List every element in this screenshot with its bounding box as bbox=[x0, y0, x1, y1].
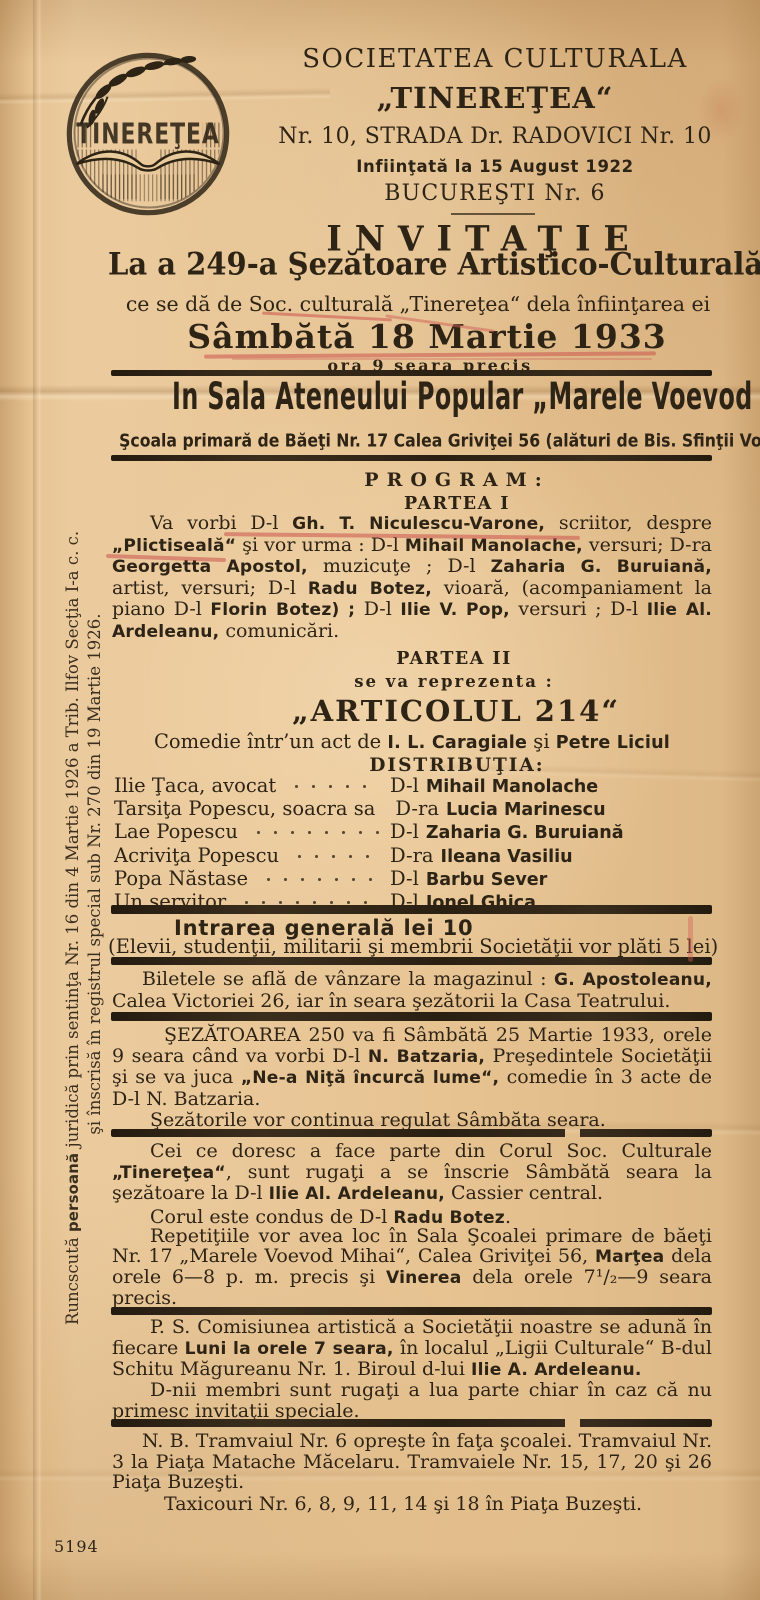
part1-paragraph: Va vorbi D-l Gh. T. Niculescu-Varone, sc… bbox=[112, 513, 712, 643]
printed-rule bbox=[111, 455, 712, 461]
cast-role: Lae Popescu bbox=[114, 821, 238, 843]
printed-rule bbox=[111, 1419, 712, 1427]
leader-dots bbox=[258, 868, 380, 891]
part1-heading: PARTEA I bbox=[157, 494, 757, 514]
cast-role: Ilie Ţaca, avocat bbox=[114, 775, 276, 797]
legal-line-1: Runcscută persoană juridică prin sentinţ… bbox=[62, 423, 84, 1325]
actor-name: Lucia Marinescu bbox=[446, 800, 606, 820]
paper-fold bbox=[33, 0, 42, 1600]
printed-rule bbox=[111, 957, 712, 965]
actor-name: Barbu Sever bbox=[426, 870, 547, 890]
cast-actor: D-lBarbu Sever bbox=[390, 868, 690, 891]
founded-line: Infiinţată la 15 August 1922 bbox=[252, 157, 738, 176]
legal-registration-sidebar: Runcscută persoană juridică prin sentinţ… bbox=[62, 423, 108, 1325]
actor-name: Zaharia G. Buruiană bbox=[426, 823, 624, 843]
nb-taxi-line: Taxicouri Nr. 6, 8, 9, 11, 14 şi 18 în P… bbox=[112, 1494, 712, 1515]
cast-actor: D-lZaharia G. Buruiană bbox=[390, 821, 690, 844]
cast-role: Acriviţa Popescu bbox=[114, 845, 279, 867]
invitation-leaflet: TINEREŢEA SOCIETATEA CULTURALA „TINEREŢE… bbox=[0, 0, 760, 1600]
next-event-paragraph: ŞEZĂTOAREA 250 va fi Sâmbătă 25 Martie 1… bbox=[112, 1025, 712, 1109]
cast-actor: D-raLucia Marinescu bbox=[395, 798, 690, 821]
cast-row: Acriviţa Popescu D-raIleana Vasiliu bbox=[114, 845, 690, 868]
cast-row: Tarsiţa Popescu, soacra sa D-raLucia Mar… bbox=[114, 798, 690, 821]
honorific: D-l bbox=[390, 867, 419, 890]
invitation-lead-line: ce se dă de Soc. culturală „Tinereţea“ d… bbox=[118, 292, 718, 316]
program-heading: PROGRAM: bbox=[157, 469, 757, 491]
printed-rule bbox=[111, 905, 712, 914]
play-title: „ARTICOLUL 214“ bbox=[156, 694, 756, 728]
cast-list: Ilie Ţaca, avocat D-lMihail Manolache Ta… bbox=[114, 775, 690, 914]
letterhead: SOCIETATEA CULTURALA „TINEREŢEA“ Nr. 10,… bbox=[252, 44, 738, 206]
honorific: D-l bbox=[390, 820, 419, 843]
printed-rule bbox=[111, 1012, 712, 1021]
serial-number: 5194 bbox=[54, 1537, 99, 1556]
venue-school-wrap: Şcoala primară de Băeţi Nr. 17 Calea Gri… bbox=[112, 431, 712, 450]
leader-dots bbox=[248, 821, 380, 844]
honorific: D-ra bbox=[390, 844, 434, 867]
header-divider bbox=[451, 213, 535, 215]
cast-actor: D-raIleana Vasiliu bbox=[390, 845, 690, 868]
society-seal-stamp: TINEREŢEA bbox=[60, 46, 236, 222]
venue-hall-wrap: In Sala Ateneului Popular „Marele Voevod… bbox=[112, 380, 712, 428]
admission-note: (Elevii, studenţii, militarii şi membrii… bbox=[108, 935, 712, 958]
venue-hall: In Sala Ateneului Popular „Marele Voevod… bbox=[172, 374, 760, 418]
honorific: D-ra bbox=[395, 797, 439, 820]
invitation-subtitle: La a 249-a Şezătoare Artistico-Culturală bbox=[108, 246, 712, 282]
ps-committee-paragraph: P. S. Comisiunea artistică a Societăţii … bbox=[112, 1317, 712, 1381]
leader-dots bbox=[286, 775, 380, 798]
society-name: „TINEREŢEA“ bbox=[252, 81, 738, 115]
cast-actor: D-lMihail Manolache bbox=[390, 775, 690, 798]
legal-line-2: şi înscrisă în registrul special sub Nr.… bbox=[84, 423, 106, 1325]
cast-row: Ilie Ţaca, avocat D-lMihail Manolache bbox=[114, 775, 690, 798]
choir-rehearsals-paragraph: Repetiţiile vor avea loc în Sala Şcoalei… bbox=[112, 1227, 712, 1309]
ps-members-paragraph: D-nii membri sunt rugaţi a lua parte chi… bbox=[112, 1380, 712, 1421]
distribution-heading: DISTRIBUŢIA: bbox=[157, 755, 757, 776]
part2-heading: PARTEA II bbox=[154, 649, 754, 669]
cast-role: Tarsiţa Popescu, soacra sa bbox=[114, 798, 375, 820]
address-line: Nr. 10, STRADA Dr. RADOVICI Nr. 10 bbox=[252, 124, 738, 149]
tickets-paragraph: Biletele se află de vânzare la magazinul… bbox=[112, 969, 712, 1011]
venue-school: Şcoala primară de Băeţi Nr. 17 Calea Gri… bbox=[119, 430, 760, 451]
play-description: Comedie într’un act de I. L. Caragiale ş… bbox=[112, 730, 712, 753]
actor-name: Ileana Vasiliu bbox=[441, 847, 573, 867]
choir-join-paragraph: Cei ce doresc a face parte din Corul Soc… bbox=[112, 1141, 712, 1205]
next-event-note: Şezătorile vor continua regulat Sâmbăta … bbox=[112, 1110, 712, 1131]
printed-rule bbox=[111, 1129, 712, 1137]
nb-tram-paragraph: N. B. Tramvaiul Nr. 6 opreşte în faţa şc… bbox=[112, 1431, 712, 1493]
honorific: D-l bbox=[390, 774, 419, 797]
organization-name: SOCIETATEA CULTURALA bbox=[252, 44, 738, 74]
cast-role: Popa Năstase bbox=[114, 868, 248, 890]
event-date: Sâmbătă 18 Martie 1933 bbox=[127, 317, 727, 356]
actor-name: Mihail Manolache bbox=[426, 777, 598, 797]
cast-row: Lae Popescu D-lZaharia G. Buruiană bbox=[114, 821, 690, 844]
printed-rule bbox=[111, 1307, 712, 1315]
leader-dots bbox=[289, 845, 380, 868]
part2-subheading: se va reprezenta : bbox=[154, 672, 754, 691]
seal-title-text: TINEREŢEA bbox=[76, 118, 220, 152]
city-line: BUCUREŞTI Nr. 6 bbox=[252, 181, 738, 206]
cast-row: Popa Năstase D-lBarbu Sever bbox=[114, 868, 690, 891]
